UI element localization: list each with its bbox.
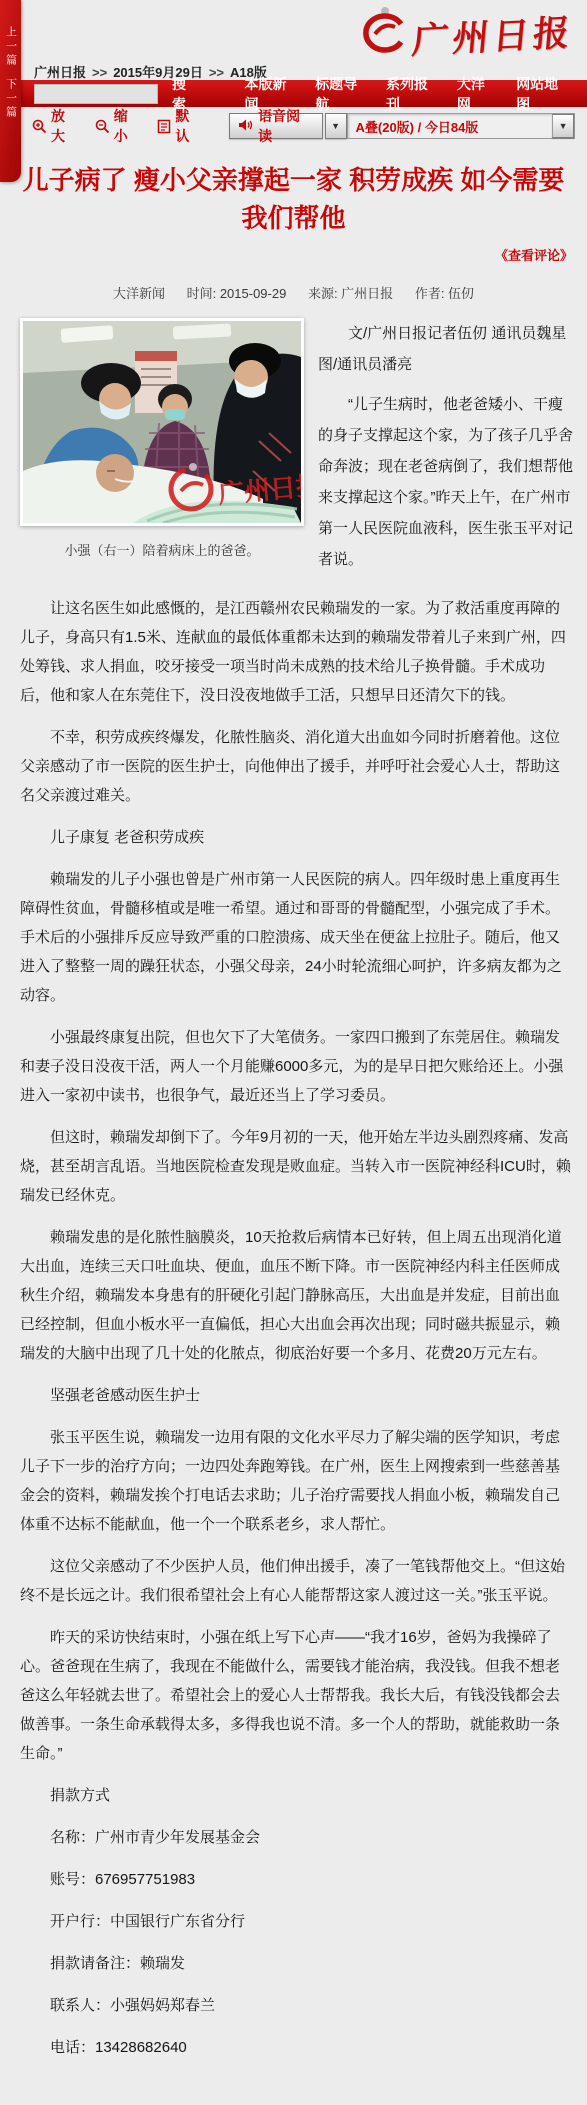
newspaper-logo: 广州日报 <box>355 4 573 65</box>
default-view-button[interactable]: 默认 <box>157 106 203 146</box>
breadcrumb-separator: >> <box>209 65 224 80</box>
body-paragraph: 赖瑞发患的是化脓性脑膜炎，10天抢救后病情本已好转，但上周五出现消化道大出血，连… <box>20 1223 573 1368</box>
body-paragraph: 张玉平医生说，赖瑞发一边用有限的文化水平尽力了解尖端的医学知识，考虑儿子下一步的… <box>20 1423 573 1539</box>
article-figure: 广州日报 小强（右一）陪着病床上的爸爸。 <box>20 318 304 584</box>
article-photo: 广州日报 <box>20 318 304 526</box>
lead-section: 广州日报 小强（右一）陪着病床上的爸爸。 文/广州日报记者伍仞 通讯员魏星 图/… <box>0 302 587 584</box>
speaker-icon <box>238 118 253 135</box>
body-paragraph: 让这名医生如此感慨的，是江西赣州农民赖瑞发的一家。为了救活重度再障的儿子，身高只… <box>20 594 573 710</box>
article-meta: 大洋新闻 时间: 2015-09-29 来源: 广州日报 作者: 伍仞 <box>0 283 587 302</box>
body-paragraph: 赖瑞发的儿子小强也曾是广州市第一人民医院的病人。四年级时患上重度再生障碍性贫血，… <box>20 865 573 1010</box>
chevron-down-icon: ▼ <box>559 121 568 131</box>
magnifier-minus-icon <box>95 119 110 134</box>
zoom-in-label: 放大 <box>51 106 79 146</box>
article: 儿子病了 瘦小父亲撑起一家 积劳成疾 如今需要我们帮他 《查看评论》 大洋新闻 … <box>0 161 587 2105</box>
body-paragraph: 这位父亲感动了不少医护人员，他们伸出援手，凑了一笔钱帮他交上。“但这始终不是长远… <box>20 1552 573 1610</box>
breadcrumb-separator: >> <box>92 65 107 80</box>
prev-article-link[interactable]: 上一篇 <box>3 26 19 68</box>
photo-caption: 小强（右一）陪着病床上的爸爸。 <box>20 540 304 559</box>
meta-time: 时间: 2015-09-29 <box>187 286 287 301</box>
body-paragraph: 但这时，赖瑞发却倒下了。今年9月初的一天，他开始左半边头剧烈疼痛、发高烧，甚至胡… <box>20 1123 573 1210</box>
body-paragraph: 不幸，积劳成疾终爆发，化脓性脑炎、消化道大出血如今同时折磨着他。这位父亲感动了市… <box>20 723 573 810</box>
chevron-down-icon: ▼ <box>331 121 340 131</box>
comments-link-row: 《查看评论》 <box>0 245 587 265</box>
intro-paragraph: “儿子生病时，他老爸矮小、干瘦的身子支撑起这个家，为了孩子几乎舍命奔波；现在老爸… <box>318 389 577 575</box>
voice-reading-dropdown-button[interactable]: ▼ <box>325 113 347 139</box>
body-paragraph: 昨天的采访快结束时，小强在纸上写下心声——“我才16岁，爸妈为我操碎了心。爸爸现… <box>20 1623 573 1768</box>
donation-line: 名称：广州市青少年发展基金会 <box>20 1823 573 1852</box>
edition-selector[interactable]: A叠(20版) / 今日84版 ▼ <box>347 113 576 139</box>
site-header: 广州日报 广州日报>>2015年9月29日>>A18版 搜 索 本版新闻 标题导… <box>0 0 587 145</box>
donation-line: 联系人：小强妈妈郑春兰 <box>20 1991 573 2020</box>
body-paragraph: 小强最终康复出院，但也欠下了大笔债务。一家四口搬到了东莞居住。赖瑞发和妻子没日没… <box>20 1023 573 1110</box>
article-body: 让这名医生如此感慨的，是江西赣州农民赖瑞发的一家。为了救活重度再障的儿子，身高只… <box>0 584 587 2105</box>
logo-text: 广州日报 <box>410 5 575 64</box>
edition-dropdown-button[interactable]: ▼ <box>552 114 574 138</box>
edition-selector-value: A叠(20版) / 今日84版 <box>348 117 553 136</box>
donation-heading: 捐款方式 <box>20 1781 573 1810</box>
magnifier-plus-icon <box>32 119 47 134</box>
donation-line: 账号：676957751983 <box>20 1865 573 1894</box>
next-article-link[interactable]: 下一篇 <box>3 78 19 120</box>
zoom-out-button[interactable]: 缩小 <box>95 106 142 146</box>
page: 上一篇 下一篇 广州日报 广州日报>>2015年9月29日>>A18版 搜 索 … <box>0 0 587 2105</box>
breadcrumb: 广州日报>>2015年9月29日>>A18版 <box>34 62 267 81</box>
article-intro: 文/广州日报记者伍仞 通讯员魏星 图/通讯员潘亮 “儿子生病时，他老爸矮小、干瘦… <box>318 318 577 584</box>
breadcrumb-root-link[interactable]: 广州日报 <box>34 65 86 80</box>
document-icon <box>157 119 171 134</box>
zoom-out-label: 缩小 <box>114 106 142 146</box>
voice-reading-label: 语音阅读 <box>258 106 314 146</box>
search-input[interactable] <box>34 84 158 104</box>
section-subhead: 坚强老爸感动医生护士 <box>20 1381 573 1410</box>
meta-author: 作者: 伍仞 <box>415 286 474 301</box>
prev-next-ribbon[interactable]: 上一篇 下一篇 <box>0 0 21 182</box>
voice-reading-button[interactable]: 语音阅读 <box>229 113 323 139</box>
view-comments-link[interactable]: 《查看评论》 <box>495 248 573 263</box>
toolbar: 放大 缩小 默认 语音阅读 ▼ <box>0 107 587 145</box>
donation-line: 捐款请备注：赖瑞发 <box>20 1949 573 1978</box>
main-nav-bar: 搜 索 本版新闻 标题导航 系列报刊 大洋网 网站地图 <box>0 80 587 107</box>
donation-line: 电话：13428682640 <box>20 2033 573 2062</box>
logo-swirl-icon <box>355 4 411 65</box>
meta-source: 来源: 广州日报 <box>308 286 393 301</box>
intro-paragraph: 文/广州日报记者伍仞 通讯员魏星 图/通讯员潘亮 <box>318 318 577 380</box>
section-subhead: 儿子康复 老爸积劳成疾 <box>20 823 573 852</box>
page-title: 儿子病了 瘦小父亲撑起一家 积劳成疾 如今需要我们帮他 <box>10 161 577 237</box>
donation-line: 开户行：中国银行广东省分行 <box>20 1907 573 1936</box>
zoom-in-button[interactable]: 放大 <box>32 106 79 146</box>
meta-site: 大洋新闻 <box>113 286 165 301</box>
default-view-label: 默认 <box>175 106 203 146</box>
